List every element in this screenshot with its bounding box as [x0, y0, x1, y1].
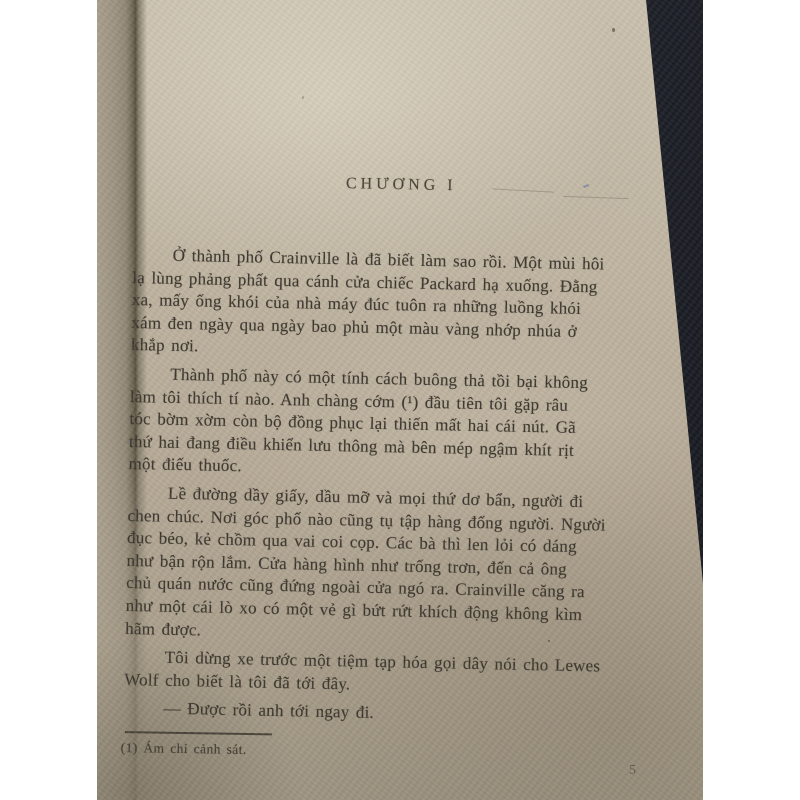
- footnote: (1) Ám chỉ cảnh sát.: [121, 740, 521, 762]
- paragraph: Lề đường dầy giấy, dầu mỡ và mọi thứ dơ …: [125, 482, 665, 651]
- paper-speck: [612, 28, 615, 32]
- book-page-photo: CHƯƠNG I Ở thành phố Crainville là đã bi…: [97, 0, 703, 800]
- chapter-heading: CHƯƠNG I: [133, 171, 670, 199]
- body-text: Ở thành phố Crainville là đã biết làm sa…: [123, 244, 670, 737]
- paragraph: Tôi dừng xe trước một tiệm tạp hóa gọi d…: [124, 646, 662, 702]
- paper-speck: [302, 96, 304, 99]
- paragraph: Ở thành phố Crainville là đã biết làm sa…: [131, 244, 670, 368]
- dialogue-line: — Được rồi anh tới ngay đi.: [123, 697, 660, 730]
- footnote-rule: [125, 731, 272, 735]
- paragraph: Thành phố này có một tính cách buông thả…: [128, 363, 667, 487]
- footnote-block: (1) Ám chỉ cảnh sát.: [121, 731, 521, 762]
- page-number: 5: [629, 763, 636, 779]
